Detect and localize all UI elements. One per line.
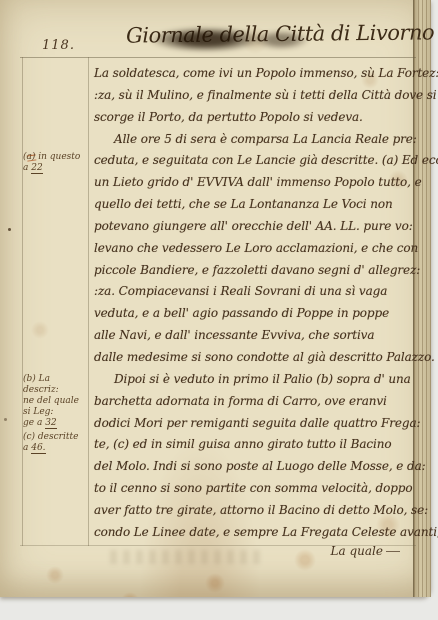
margin-note-b-line2: ne del quale si Leg:	[23, 396, 87, 418]
page-reference: 32	[45, 418, 56, 429]
margin-note-b-line3: ge a 32	[23, 418, 87, 429]
show-through-marks	[110, 550, 260, 564]
text-line: veduta, e a bell' agio passando di Poppe…	[94, 303, 418, 325]
text-line: potevano giungere all' orecchie dell' AA…	[94, 216, 418, 238]
margin-note-a: (a) in questo a 22	[23, 152, 87, 174]
text-line: piccole Bandiere, e fazzoletti davano se…	[94, 260, 418, 282]
manuscript-page: 118. Giornale della Città di Livorno (a)…	[0, 0, 431, 597]
text-line: te, (c) ed in simil guisa anno girato tu…	[94, 434, 418, 456]
margin-note-c: (c) descritte a 46.	[23, 432, 87, 454]
page-title: Giornale della Città di Livorno	[126, 20, 426, 47]
margin-note-c-line2: a 46.	[23, 443, 87, 454]
ink-speck	[8, 228, 11, 231]
text-line: :za. Compiacevansi i Reali Sovrani di un…	[94, 281, 418, 303]
text-line: quello dei tetti, che se La Lontananza L…	[94, 194, 418, 216]
margin-note-c-line1: (c) descritte	[23, 432, 87, 443]
text-line: levano che vedessero Le Loro acclamazion…	[94, 238, 418, 260]
page-number: 118.	[42, 38, 75, 53]
left-outer-margin-line	[22, 57, 23, 546]
text-line: barchetta adornata in forma di Carro, ov…	[94, 391, 418, 413]
text-line: condo Le Linee date, e sempre La Fregata…	[94, 522, 418, 544]
margin-note-b-line1: (b) La descriz:	[23, 374, 87, 396]
text-line: alle Navi, e dall' incessante Evviva, ch…	[94, 325, 418, 347]
page-reference: 22	[31, 163, 42, 174]
left-inner-margin-line	[88, 57, 89, 546]
text-line: scorge il Porto, da pertutto Popolo si v…	[94, 107, 418, 129]
text-line: ceduta, e seguitata con Le Lancie già de…	[94, 150, 418, 172]
page-reference: 46.	[31, 443, 45, 454]
text-line: un Lieto grido d' EVVIVA dall' immenso P…	[94, 172, 418, 194]
text-line: Dipoi si è veduto in primo il Palio (b) …	[94, 369, 418, 391]
ink-speck	[4, 418, 7, 421]
text-line: dodici Mori per remiganti seguita dalle …	[94, 413, 418, 435]
manuscript-body: La soldatesca, come ivi un Popolo immens…	[94, 63, 418, 544]
text-line: del Molo. Indi si sono poste al Luogo de…	[94, 456, 418, 478]
header-rule-line	[20, 57, 416, 58]
catchword: La quale	[300, 544, 400, 558]
text-line: aver fatto tre girate, attorno il Bacino…	[94, 500, 418, 522]
text-line: to il cenno si sono partite con somma ve…	[94, 478, 418, 500]
text-line: :za, sù il Mulino, e finalmente sù i tet…	[94, 85, 418, 107]
text-line: dalle medesime si sono condotte al già d…	[94, 347, 418, 369]
text-line: La soldatesca, come ivi un Popolo immens…	[94, 63, 418, 85]
margin-note-a-line1: (a) in questo	[23, 152, 87, 163]
text-line: Alle ore 5 di sera è comparsa La Lancia …	[94, 129, 418, 151]
margin-note-a-line2: a 22	[23, 163, 87, 174]
margin-note-b: (b) La descriz: ne del quale si Leg: ge …	[23, 374, 87, 429]
